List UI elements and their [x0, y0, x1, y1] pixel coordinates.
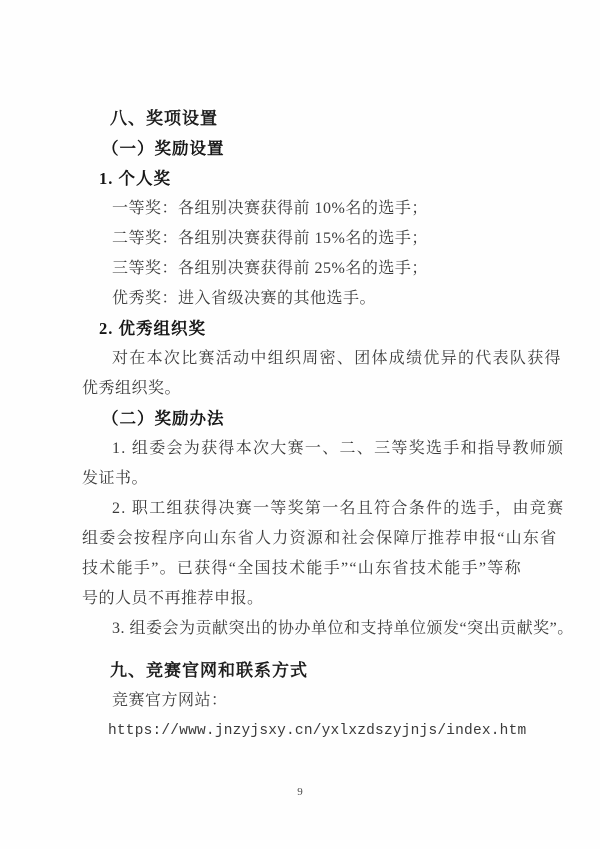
- para-method-1a: 1. 组委会为获得本次大赛一、二、三等奖选手和指导教师颁: [82, 434, 532, 464]
- heading-organization-award: 2. 优秀组织奖: [82, 314, 532, 344]
- line-second-prize: 二等奖：各组别决赛获得前 15%名的选手；: [82, 224, 532, 254]
- para-method-1b: 发证书。: [82, 464, 532, 494]
- line-excellence-award: 优秀奖：进入省级决赛的其他选手。: [82, 284, 532, 314]
- line-website-url: https://www.jnzyjsxy.cn/yxlxzdszyjnjs/in…: [82, 716, 532, 746]
- para-method-3: 3. 组委会为贡献突出的协办单位和支持单位颁发“突出贡献奖”。: [82, 614, 532, 644]
- para-method-2a: 2. 职工组获得决赛一等奖第一名且符合条件的选手，由竞赛: [82, 494, 532, 524]
- document-content: 八、奖项设置 （一）奖励设置 1. 个人奖 一等奖：各组别决赛获得前 10%名的…: [82, 104, 532, 746]
- heading-award-method: （二）奖励办法: [82, 404, 532, 434]
- line-official-website-label: 竞赛官方网站：: [82, 686, 532, 716]
- line-third-prize: 三等奖：各组别决赛获得前 25%名的选手；: [82, 254, 532, 284]
- heading-award-setup: （一）奖励设置: [82, 134, 532, 164]
- para-method-2c: 技术能手”。已获得“全国技术能手”“山东省技术能手”等称: [82, 554, 532, 584]
- heading-individual-award: 1. 个人奖: [82, 164, 532, 194]
- para-organization-award-2: 优秀组织奖。: [82, 374, 532, 404]
- page-number: 9: [0, 786, 600, 798]
- document-page: 八、奖项设置 （一）奖励设置 1. 个人奖 一等奖：各组别决赛获得前 10%名的…: [0, 0, 600, 849]
- para-method-2b: 组委会按程序向山东省人力资源和社会保障厅推荐申报“山东省: [82, 524, 532, 554]
- heading-section-8: 八、奖项设置: [82, 104, 532, 134]
- para-method-2d: 号的人员不再推荐申报。: [82, 584, 532, 614]
- line-first-prize: 一等奖：各组别决赛获得前 10%名的选手；: [82, 194, 532, 224]
- heading-section-9: 九、竞赛官网和联系方式: [82, 656, 532, 686]
- para-organization-award-1: 对在本次比赛活动中组织周密、团体成绩优异的代表队获得: [82, 344, 532, 374]
